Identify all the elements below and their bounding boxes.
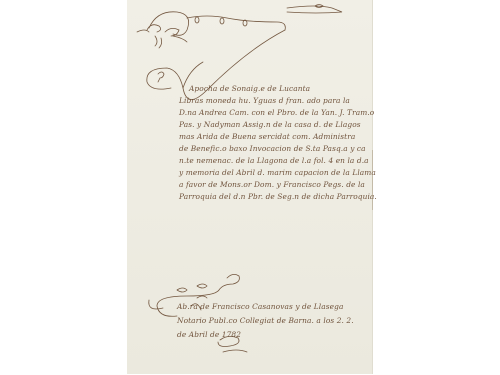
body-line: mas Arida de Buena sercidat com. Adminis…: [179, 132, 355, 141]
signature-line: Notario Publ.co Collegiat de Barna. a lo…: [177, 316, 354, 325]
date-line: de Abril de 1782: [177, 330, 241, 339]
body-line: D.na Andrea Cam. con el Pbro. de la Yan.…: [179, 108, 374, 117]
body-line: n.te nemenac. de la Llagona de l.a fol. …: [179, 156, 369, 165]
signature-line: Ab.ra de Francisco Casanovas y de Llaseg…: [177, 302, 343, 311]
body-line: Libras moneda hu. Yguas d fran. ado para…: [179, 96, 350, 105]
body-line: a favor de Mons.or Dom. y Francisco Pegs…: [179, 180, 365, 189]
body-line: Apocha de Sonaig.e de Lucanta: [189, 84, 310, 93]
body-line: Pas. y Nadyman Assig.n de la casa d. de …: [179, 120, 361, 129]
body-line: de Benefic.o baxo Invocacion de S.ta Pas…: [179, 144, 366, 153]
body-line: Parroquia del d.n Pbr. de Seg.n de dicha…: [179, 192, 377, 201]
paper-edge-wear: [372, 150, 373, 210]
body-line: y memoria del Abril d. marim capacion de…: [179, 168, 376, 177]
manuscript-page: Apocha de Sonaig.e de Lucanta Libras mon…: [127, 0, 373, 374]
